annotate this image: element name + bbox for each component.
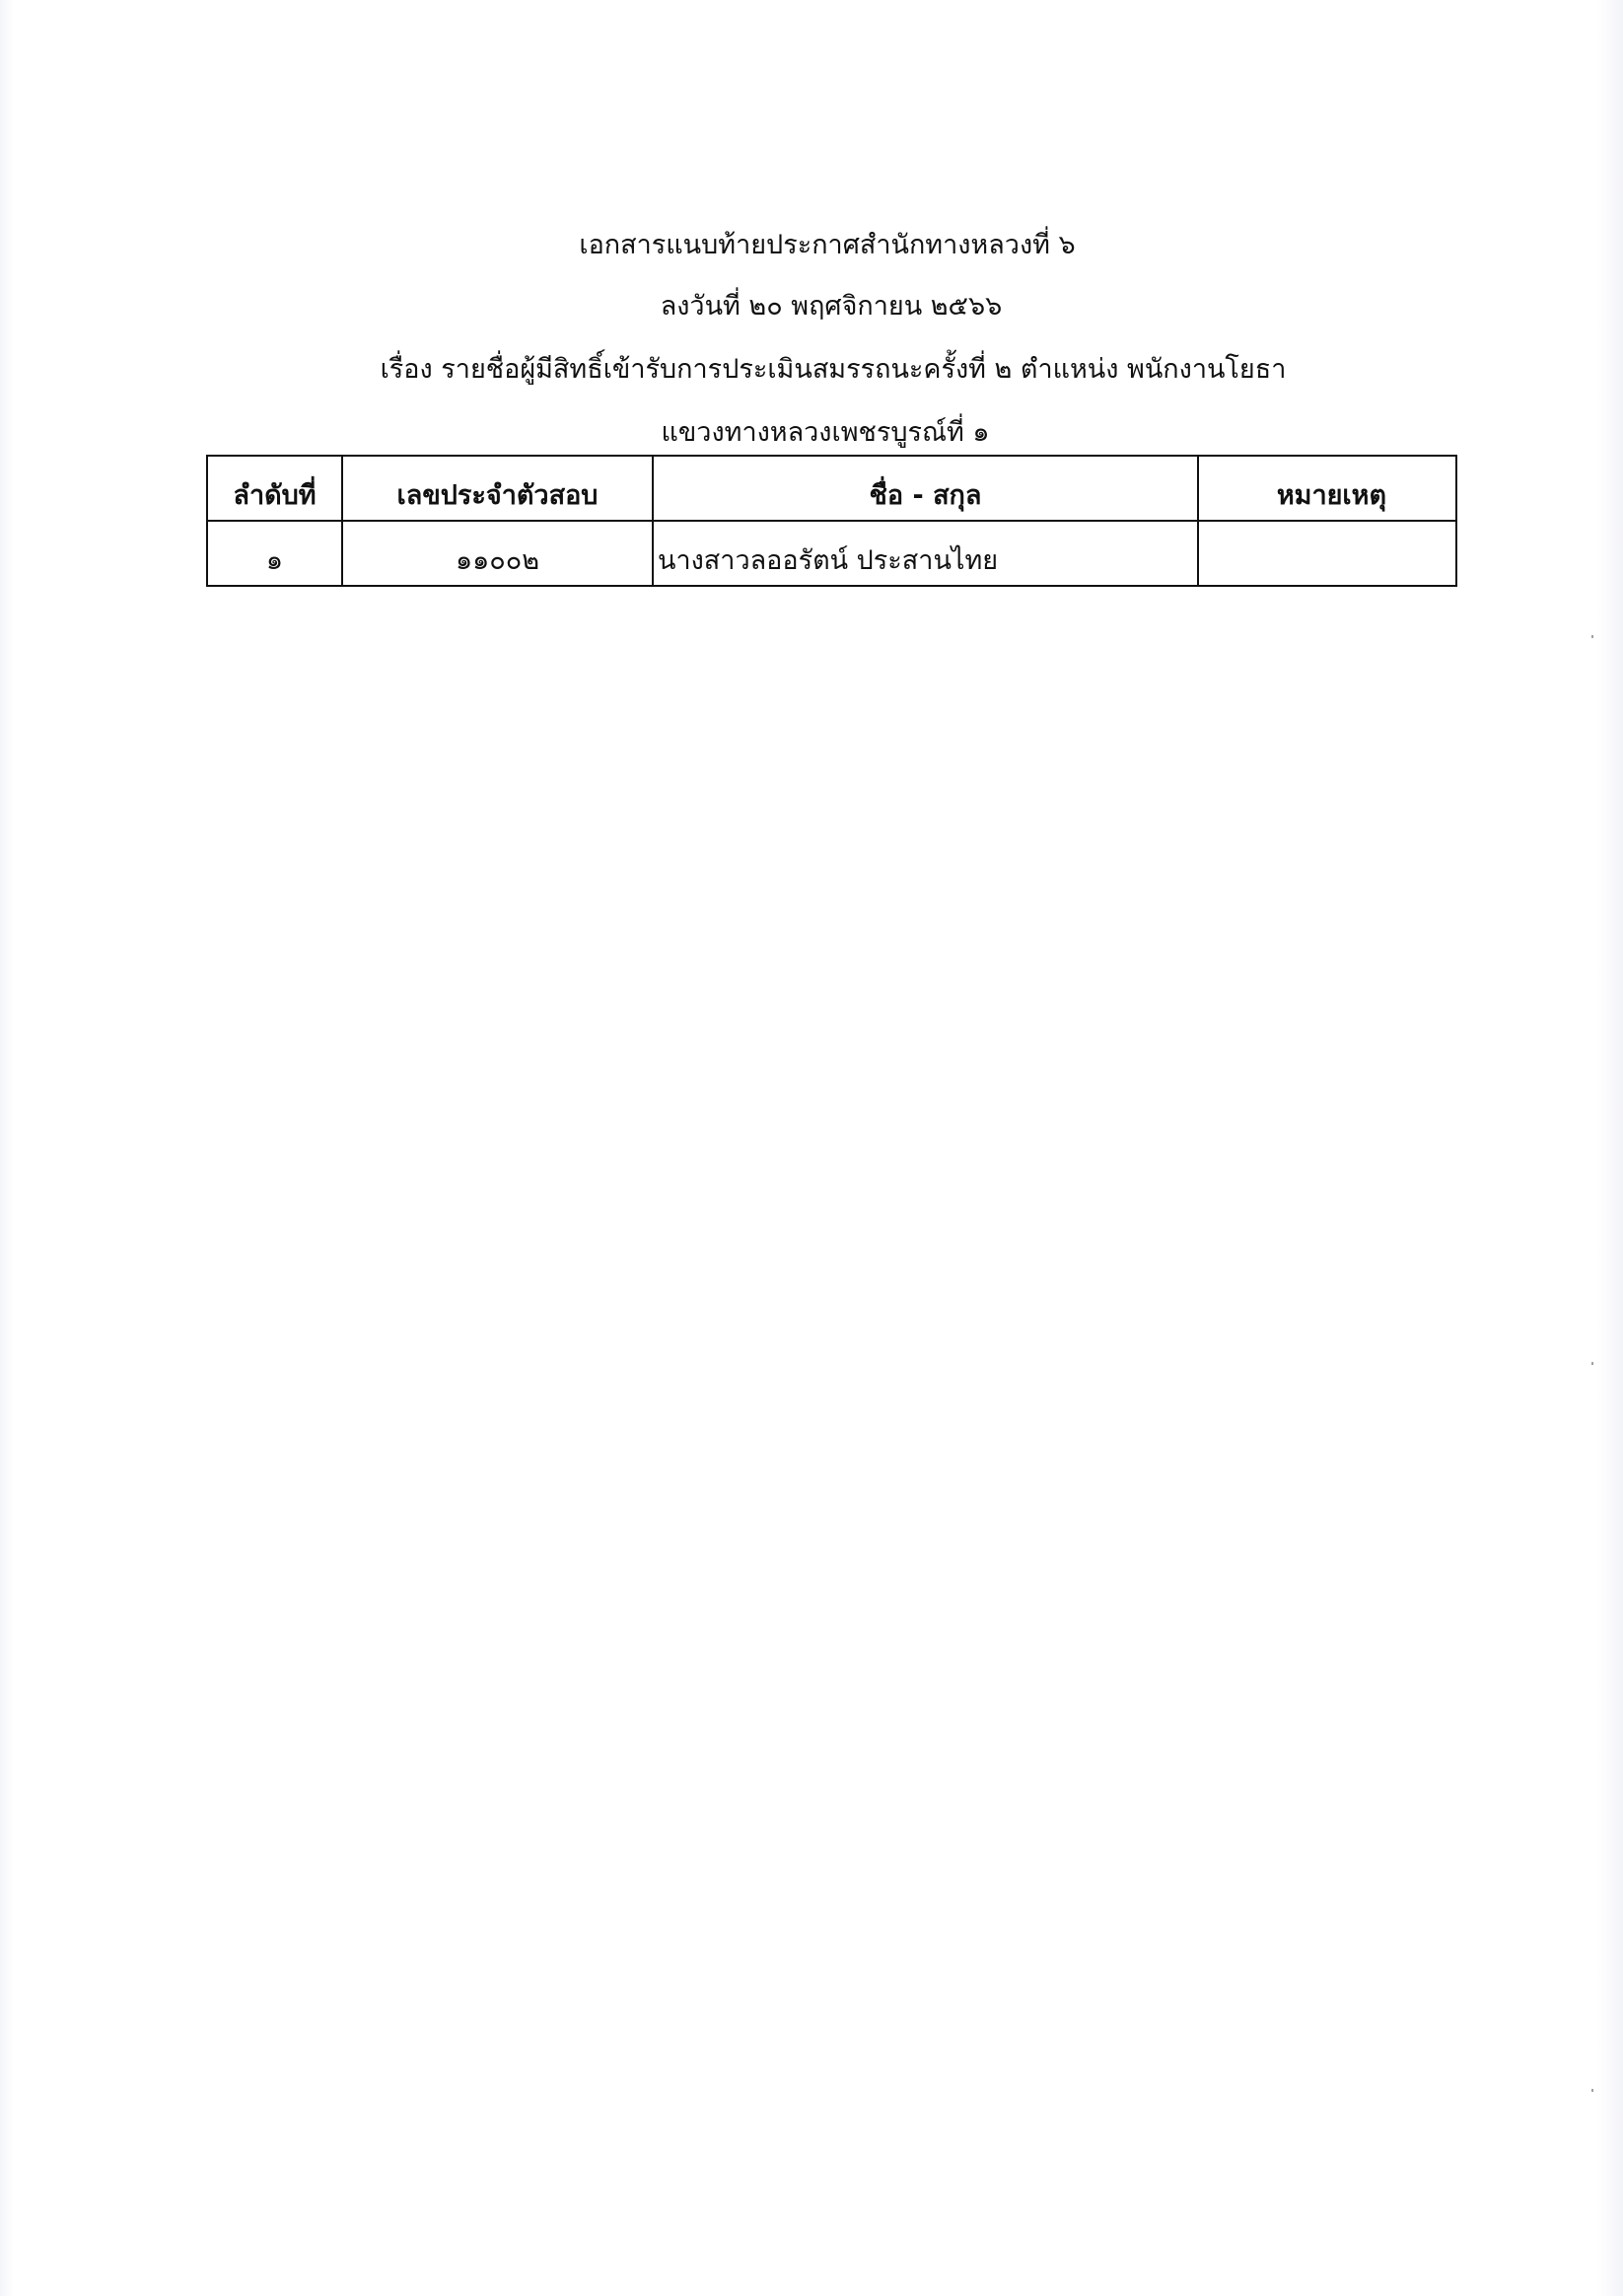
table-header-row: ลำดับที่ เลขประจำตัวสอบ ชื่อ - สกุล หมาย… — [207, 456, 1456, 521]
scan-speck — [1591, 2089, 1593, 2092]
document-subject: เรื่อง รายชื่อผู้มีสิทธิ์เข้ารับการประเม… — [22, 353, 1623, 387]
scan-speck — [1591, 1362, 1593, 1365]
document-district: แขวงทางหลวงเพชรบูรณ์ที่ ๑ — [14, 416, 1623, 450]
document-date: ลงวันที่ ๒๐ พฤศจิกายน ๒๕๖๖ — [20, 290, 1623, 323]
cell-full-name: นางสาวลออรัตน์ ประสานไทย — [653, 521, 1198, 586]
column-header-full-name: ชื่อ - สกุล — [653, 456, 1198, 521]
table-row: ๑ ๑๑๐๐๒ นางสาวลออรัตน์ ประสานไทย — [207, 521, 1456, 586]
cell-exam-id: ๑๑๐๐๒ — [342, 521, 653, 586]
cell-order: ๑ — [207, 521, 342, 586]
document-title: เอกสารแนบท้ายประกาศสำนักทางหลวงที่ ๖ — [16, 229, 1623, 262]
cell-remark — [1198, 521, 1456, 586]
column-header-remark: หมายเหตุ — [1198, 456, 1456, 521]
candidate-table: ลำดับที่ เลขประจำตัวสอบ ชื่อ - สกุล หมาย… — [206, 455, 1457, 587]
document-page: เอกสารแนบท้ายประกาศสำนักทางหลวงที่ ๖ ลงว… — [0, 0, 1623, 2296]
column-header-exam-id: เลขประจำตัวสอบ — [342, 456, 653, 521]
scan-speck — [1591, 635, 1593, 638]
column-header-order: ลำดับที่ — [207, 456, 342, 521]
